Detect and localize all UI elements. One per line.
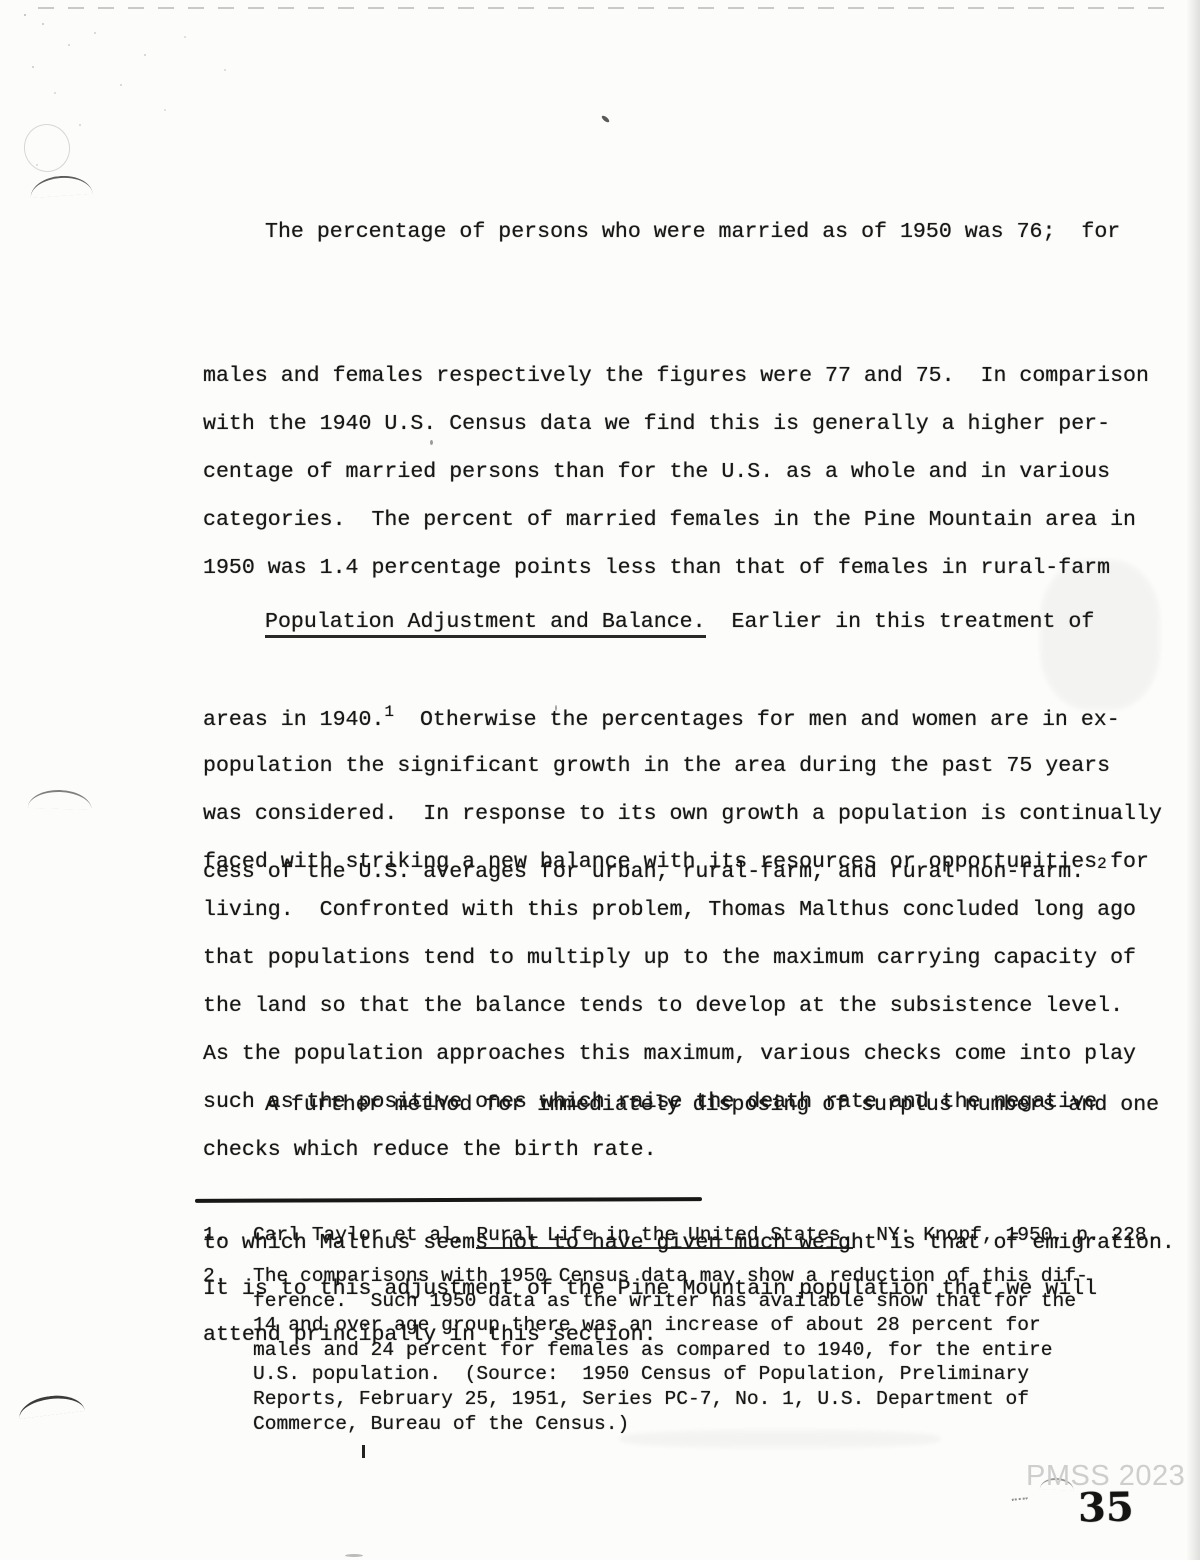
- text-line: U.S. population. (Source: 1950 Census of…: [253, 1362, 1193, 1387]
- text-line: 14 and over age group there was an incre…: [253, 1313, 1193, 1338]
- footnote-marker: 1.: [203, 1222, 253, 1248]
- scanned-document-page: { "body": { "para1": { "line1": "The per…: [0, 0, 1200, 1560]
- text-segment: NY: Knopf, 1950, p. 228.: [853, 1224, 1159, 1246]
- pencil-mark: [17, 1392, 85, 1419]
- page-number: 35: [1078, 1484, 1134, 1532]
- text-line: faced with striking a new balance with i…: [203, 838, 1193, 886]
- text-line: A further method for immediately disposi…: [203, 1082, 1193, 1128]
- pencil-mark: [20, 120, 75, 177]
- text-segment: Earlier in this treatment of: [706, 610, 1095, 634]
- ink-mark: [345, 1554, 363, 1557]
- text-line: was considered. In response to its own g…: [203, 790, 1193, 838]
- footnote-marker: 2.: [203, 1264, 253, 1436]
- text-line: The percentage of persons who were marri…: [203, 208, 1193, 256]
- footnote-2: 2. The comparisons with 1950 Census data…: [203, 1264, 1193, 1436]
- text-line: that populations tend to multiply up to …: [203, 934, 1193, 982]
- footnote-text: The comparisons with 1950 Census data ma…: [253, 1264, 1193, 1436]
- text-line: with the 1940 U.S. Census data we find t…: [203, 400, 1193, 448]
- ink-tick: [362, 1445, 365, 1458]
- scan-edge-line: [38, 7, 1168, 9]
- pencil-mark: [1012, 1497, 1029, 1506]
- text-line: males and 24 percent for females as comp…: [253, 1338, 1193, 1363]
- scan-speckle: [24, 14, 26, 16]
- text-line: living. Confronted with this problem, Th…: [203, 886, 1193, 934]
- text-line: ference. Such 1950 data as the writer ha…: [253, 1289, 1193, 1314]
- footnote-1: 1. Carl Taylor et al, Rural Life in the …: [203, 1222, 1193, 1248]
- text-line: population the significant growth in the…: [203, 742, 1193, 790]
- text-line: Reports, February 25, 1951, Series PC-7,…: [253, 1387, 1193, 1412]
- pencil-mark: [29, 174, 92, 198]
- book-title: Rural Life in the United States.: [476, 1224, 852, 1249]
- pencil-mark: [28, 789, 93, 810]
- text-line: The comparisons with 1950 Census data ma…: [253, 1264, 1193, 1289]
- text-line: centage of married persons than for the …: [203, 448, 1193, 496]
- text-line: Commerce, Bureau of the Census.): [253, 1412, 1193, 1437]
- text-line: Population Adjustment and Balance. Earli…: [203, 598, 1193, 646]
- footnote-text: Carl Taylor et al, Rural Life in the Uni…: [253, 1222, 1193, 1248]
- section-heading: Population Adjustment and Balance.: [265, 610, 706, 638]
- text-line: males and females respectively the figur…: [203, 352, 1193, 400]
- text-segment: Carl Taylor et al,: [253, 1224, 476, 1246]
